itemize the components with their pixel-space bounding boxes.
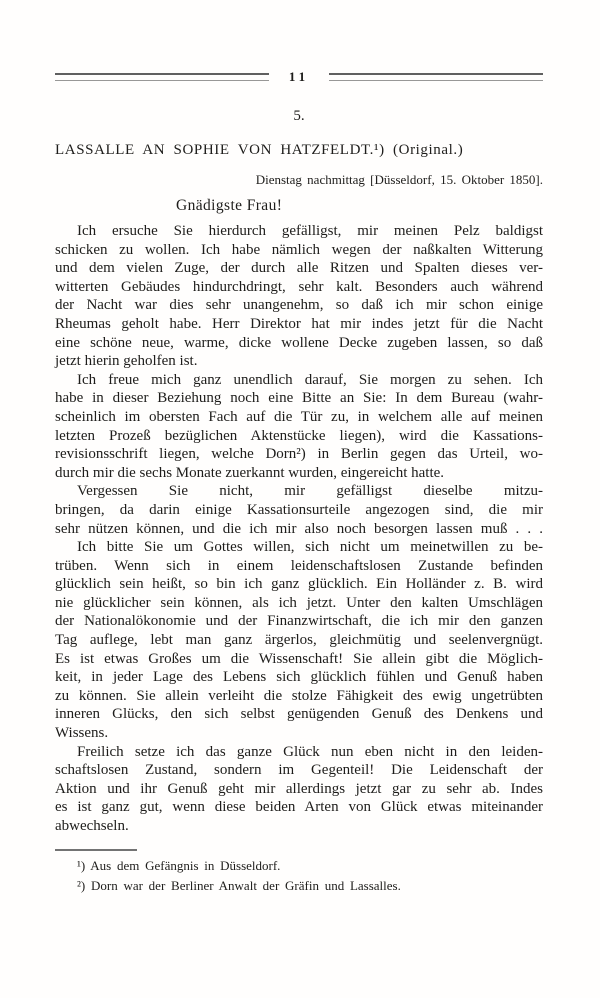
text-line: Aktion und ihr Genuß geht mir allerdings… <box>55 780 543 799</box>
text-line: glücklich sein heißt, so bin ich ganz gl… <box>55 575 543 594</box>
text-line: Ich ersuche Sie hierdurch gefälligst, mi… <box>55 222 543 241</box>
paragraph: Freilich setze ich das ganze Glück nun e… <box>55 743 543 836</box>
text-line: nie glücklicher sein können, als ich jet… <box>55 594 543 613</box>
text-line: es ist ganz gut, wenn diese beiden Arten… <box>55 798 543 817</box>
text-line: trüben. Wenn sich in einem leidenschafts… <box>55 557 543 576</box>
text-line: Wissens. <box>55 724 543 743</box>
letter-body: Ich ersuche Sie hierdurch gefälligst, mi… <box>55 222 543 836</box>
text-line: Vergessen Sie nicht, mir gefälligst dies… <box>55 482 543 501</box>
dateline: Dienstag nachmittag [Düsseldorf, 15. Okt… <box>55 172 543 188</box>
text-line: schicken zu wollen. Ich habe nämlich weg… <box>55 241 543 260</box>
footnote-item: ¹) Aus dem Gefängnis in Düsseldorf. <box>55 856 543 877</box>
paragraph: Ich freue mich ganz unendlich darauf, Si… <box>55 371 543 483</box>
text-line: keit, in jeder Lage des Lebens sich glüc… <box>55 668 543 687</box>
header-rule-right <box>329 73 543 81</box>
text-line: Freilich setze ich das ganze Glück nun e… <box>55 743 543 762</box>
page-number: 11 <box>269 69 329 85</box>
letter-heading: LASSALLE AN SOPHIE VON HATZFELDT.¹) (Ori… <box>55 142 543 159</box>
text-line: sehr nützen können, und die ich mir also… <box>55 520 543 539</box>
text-line: habe in dieser Beziehung noch eine Bitte… <box>55 389 543 408</box>
text-line: inneren Glücks, den sich selbst genügend… <box>55 705 543 724</box>
text-line: scheinlich im obersten Fach auf die Tür … <box>55 408 543 427</box>
text-line: zu können. Sie allein verleiht die stolz… <box>55 687 543 706</box>
text-line: abwechseln. <box>55 817 543 836</box>
salutation: Gnädigste Frau! <box>55 197 543 215</box>
text-line: durch mir die sechs Monate zuerkannt wur… <box>55 464 543 483</box>
text-line: eine schöne neue, warme, dicke wollene D… <box>55 334 543 353</box>
text-line: letzten Prozeß bezüglichen Aktenstücke l… <box>55 427 543 446</box>
text-line: und dem vielen Zuge, der durch alle Ritz… <box>55 259 543 278</box>
running-head: 11 <box>55 70 543 84</box>
text-line: jetzt hierin geholfen ist. <box>55 352 543 371</box>
text-line: revisionsschrift liegen, welche Dorn²) i… <box>55 445 543 464</box>
header-rule-left <box>55 73 269 81</box>
text-line: bringen, da darin einige Kassationsurtei… <box>55 501 543 520</box>
text-line: witterten Gebäudes hindurchdringt, sehr … <box>55 278 543 297</box>
text-line: Rheumas geholt habe. Herr Direktor hat m… <box>55 315 543 334</box>
paragraph: Vergessen Sie nicht, mir gefälligst dies… <box>55 482 543 538</box>
text-line: der Nationalökonomie und der Finanzwirts… <box>55 612 543 631</box>
footnotes: ¹) Aus dem Gefängnis in Düsseldorf.²) Do… <box>55 856 543 897</box>
section-number: 5. <box>55 108 543 125</box>
paragraph: Ich ersuche Sie hierdurch gefälligst, mi… <box>55 222 543 371</box>
text-line: Tag auflege, lebt man ganz ärgerlos, gle… <box>55 631 543 650</box>
footnote-item: ²) Dorn war der Berliner Anwalt der Gräf… <box>55 876 543 897</box>
paragraph: Ich bitte Sie um Gottes willen, sich nic… <box>55 538 543 743</box>
text-line: Es ist etwas Großes um die Wissenschaft!… <box>55 650 543 669</box>
text-line: der Nacht war dies sehr unangenehm, so d… <box>55 296 543 315</box>
book-page: 11 5. LASSALLE AN SOPHIE VON HATZFELDT.¹… <box>0 0 600 998</box>
text-line: Ich bitte Sie um Gottes willen, sich nic… <box>55 538 543 557</box>
text-line: Ich freue mich ganz unendlich darauf, Si… <box>55 371 543 390</box>
footnote-separator <box>55 849 137 851</box>
text-line: schaftslosen Zustand, sondern im Gegente… <box>55 761 543 780</box>
